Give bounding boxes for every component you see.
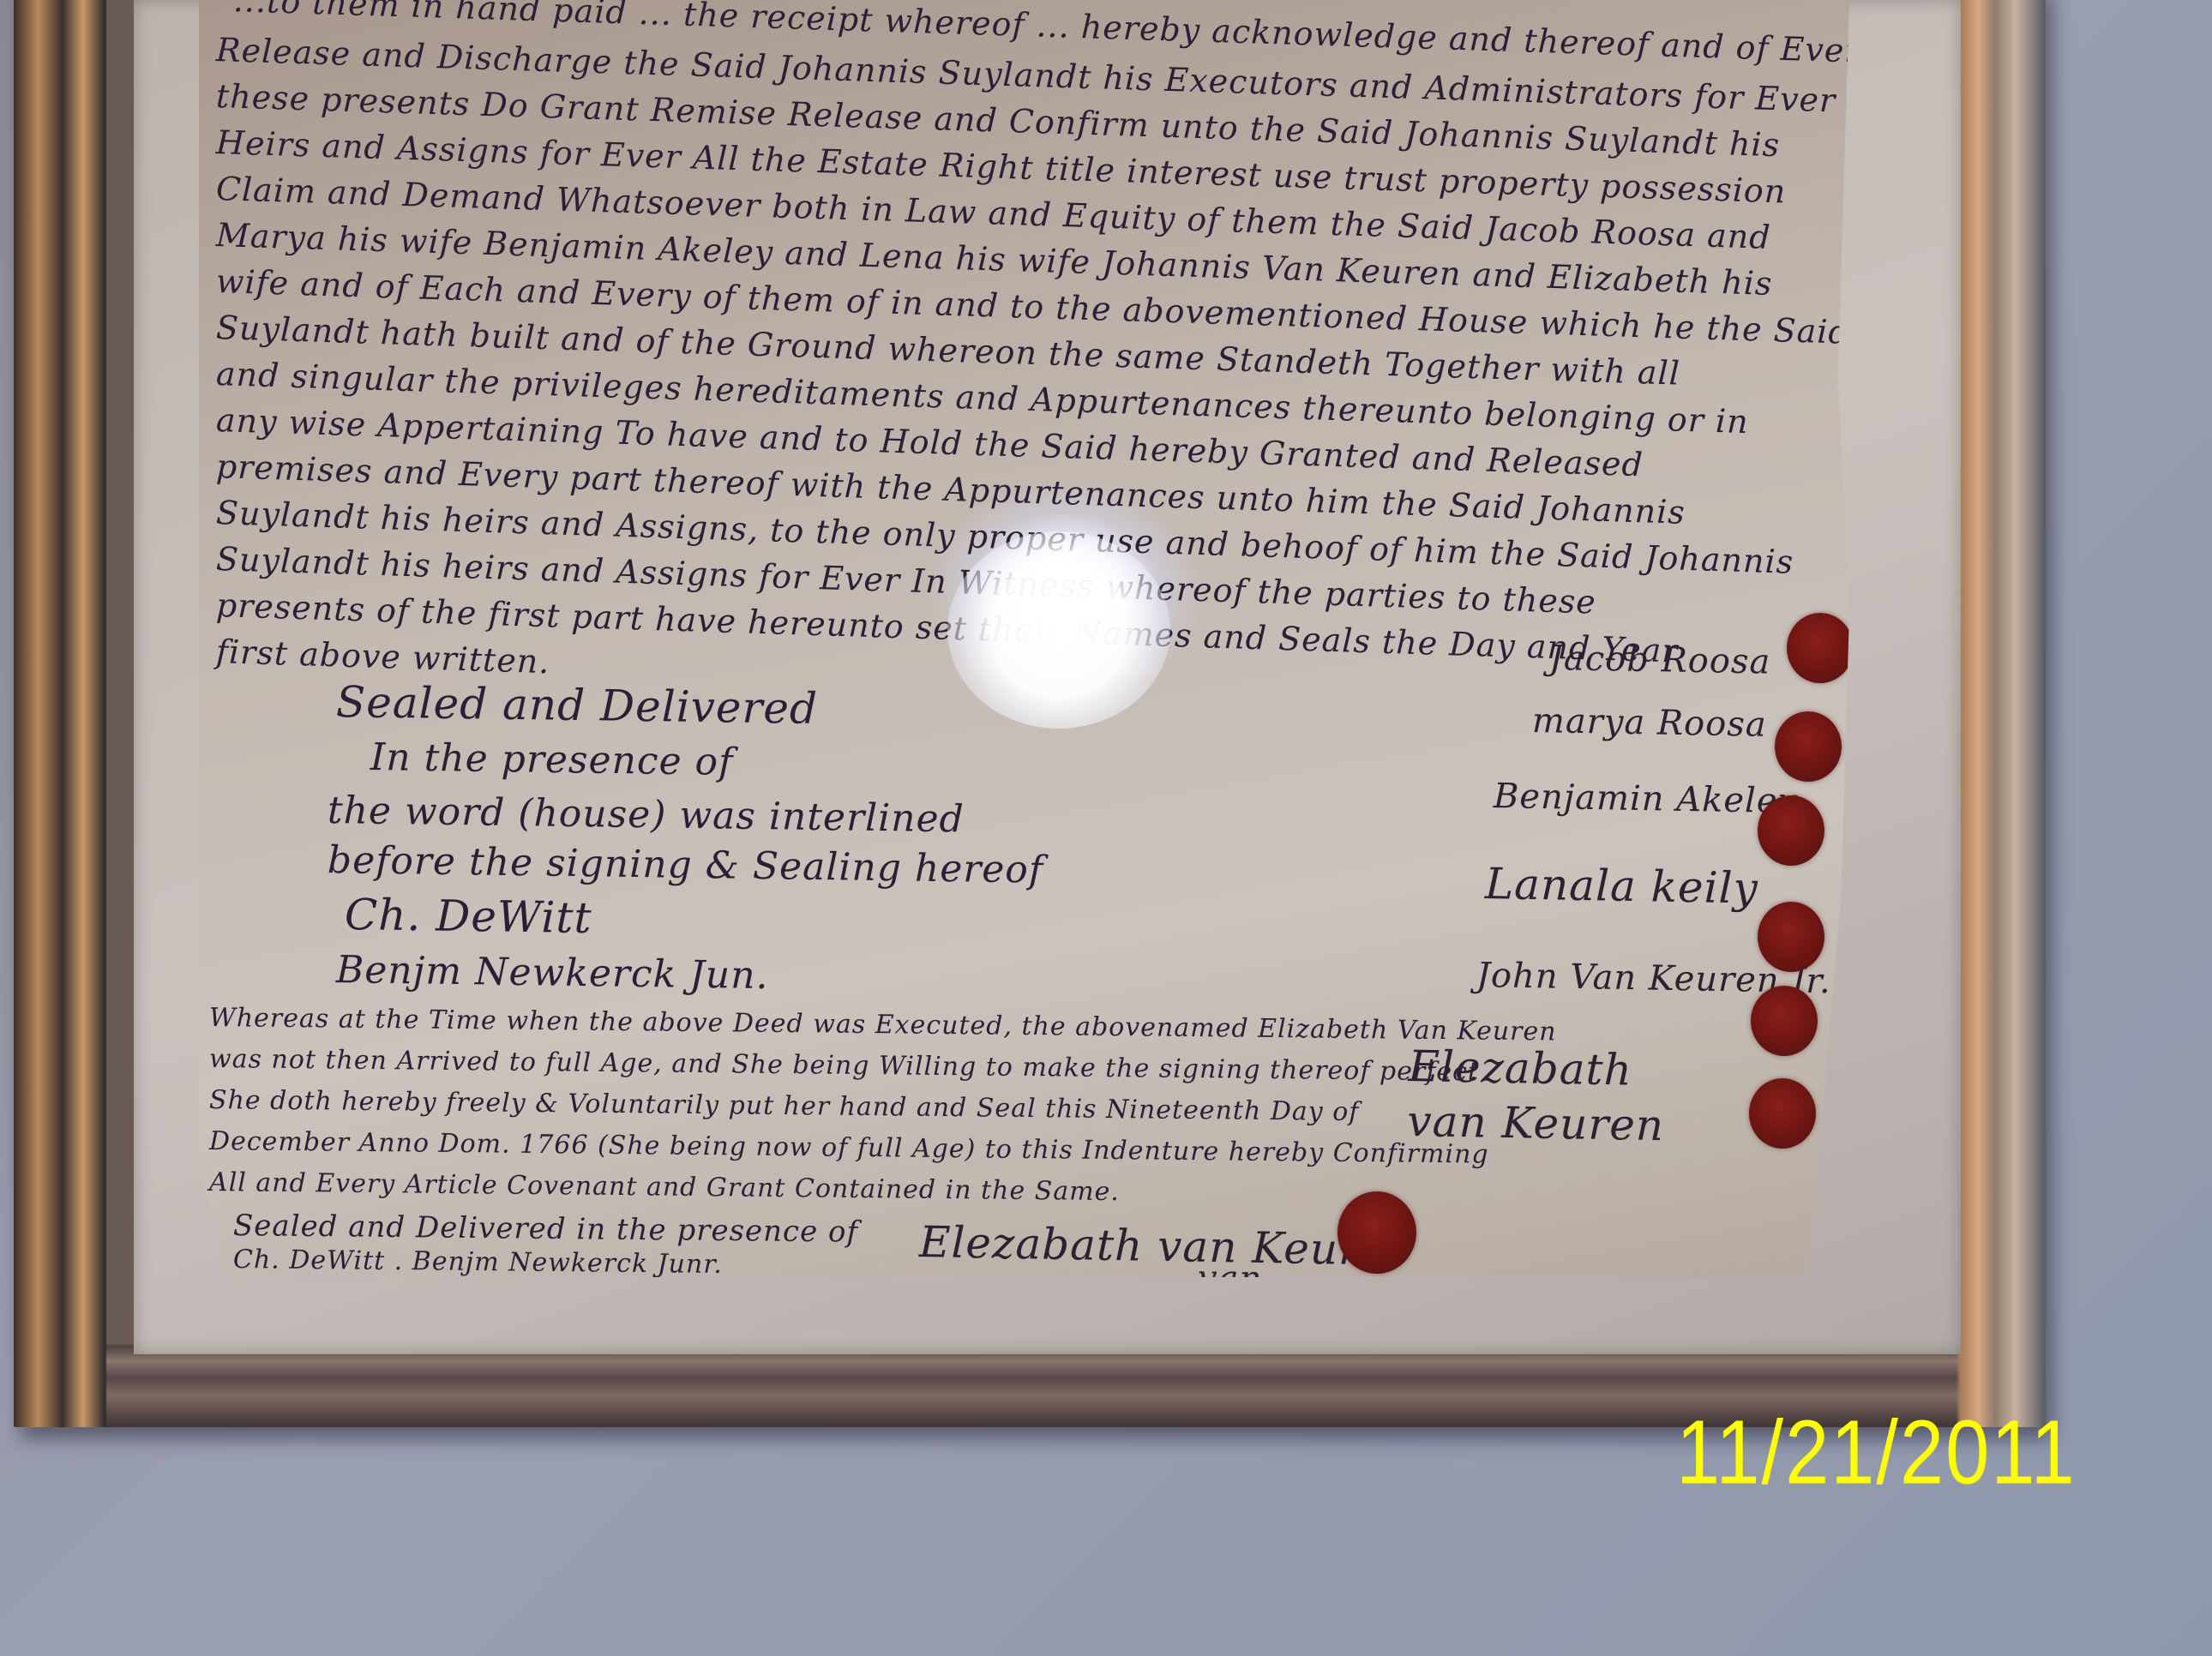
party-signature: Elezabath van Keuren (1407, 1039, 1666, 1153)
whereas-witnesses: Ch. DeWitt . Benjm Newkerck Junr. (233, 1245, 723, 1280)
party-signature: marya Roosa (1532, 701, 1767, 745)
whereas-line: December Anno Dom. 1766 (She being now o… (209, 1126, 1489, 1170)
date-stamp: 11/21/2011 (1676, 1407, 2077, 1498)
whereas-line: was not then Arrived to full Age, and Sh… (209, 1044, 1479, 1088)
witness-signature: Benjm Newkerck Jun. (336, 948, 769, 998)
interlined-note: before the signing & Sealing hereof (328, 838, 1044, 892)
wax-seal (1758, 795, 1824, 866)
party-signature: Lanala keily (1484, 859, 1758, 914)
flash-glare (947, 531, 1170, 729)
wax-seal (1337, 1191, 1416, 1274)
elizabeth-signature: Elezabath van Keur (918, 1217, 1360, 1275)
whereas-line: She doth hereby freely & Voluntarily put… (209, 1085, 1360, 1127)
wax-seal (1775, 711, 1842, 782)
whereas-line: Whereas at the Time when the above Deed … (209, 1003, 1557, 1047)
interlined-note: the word (house) was interlined (328, 789, 965, 841)
wax-seal (1749, 1078, 1816, 1149)
party-signature: Jacob Roosa (1549, 639, 1771, 682)
sealed-delivered-line: Sealed and Delivered in the presence of (233, 1209, 858, 1250)
wax-seal (1751, 986, 1818, 1056)
witness-subheading: In the presence of (370, 735, 734, 784)
whereas-line: All and Every Article Covenant and Grant… (209, 1167, 1120, 1207)
witness-heading: Sealed and Delivered (336, 677, 819, 734)
witness-signature: Ch. DeWitt (345, 890, 592, 943)
deed-line: first above written. (215, 633, 550, 681)
wax-seal (1758, 902, 1824, 972)
wax-seal (1787, 613, 1854, 683)
party-signature: Benjamin Akeley (1494, 777, 1799, 821)
